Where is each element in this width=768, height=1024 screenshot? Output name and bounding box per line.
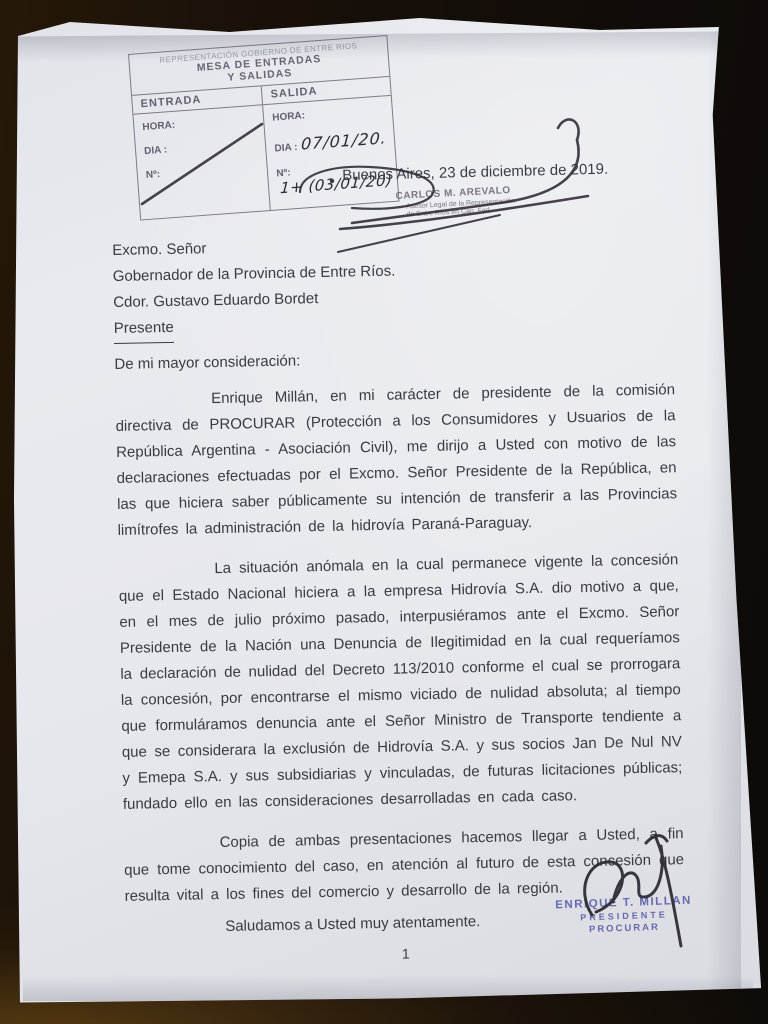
entrada-dia-label: DIA : [144, 137, 266, 157]
stamp-fields: HORA: DIA : Nº: HORA: DIA :07/01/20. Nº:… [133, 96, 398, 220]
salida-dia-label: DIA : [274, 142, 298, 155]
salida-hora-label: HORA: [272, 104, 392, 124]
salida-dia-row: DIA :07/01/20. [274, 128, 395, 156]
entrada-hora-label: HORA: [142, 113, 264, 133]
entrada-nro-label: Nº: [146, 161, 268, 181]
handwritten-salida-date: 07/01/20. [301, 128, 388, 153]
president-stamp: ENRIQUE T. MILLAN PRESIDENTE PROCURAR [544, 894, 703, 936]
stamp-entrada-fields: HORA: DIA : Nº: [133, 105, 271, 219]
photo-background: REPRESENTACIÓN GOBIERNO DE ENTRE RIOS ME… [0, 0, 768, 1024]
stamp-salida-fields: HORA: DIA :07/01/20. Nº:1+ (03/01/20) [263, 96, 398, 210]
paragraph-1: Enrique Millán, en mi carácter de presid… [115, 377, 678, 544]
mesa-entradas-stamp: REPRESENTACIÓN GOBIERNO DE ENTRE RIOS ME… [128, 35, 400, 221]
paragraph-3: Copia de ambas presentaciones hacemos ll… [123, 821, 684, 910]
letter-body: Excmo. Señor Gobernador de la Provincia … [112, 227, 686, 972]
salutation: De mi mayor consideración: [114, 341, 674, 378]
paragraph-2: La situación anómala en la cual permanec… [118, 547, 683, 818]
dateline-mark: . [330, 167, 335, 184]
